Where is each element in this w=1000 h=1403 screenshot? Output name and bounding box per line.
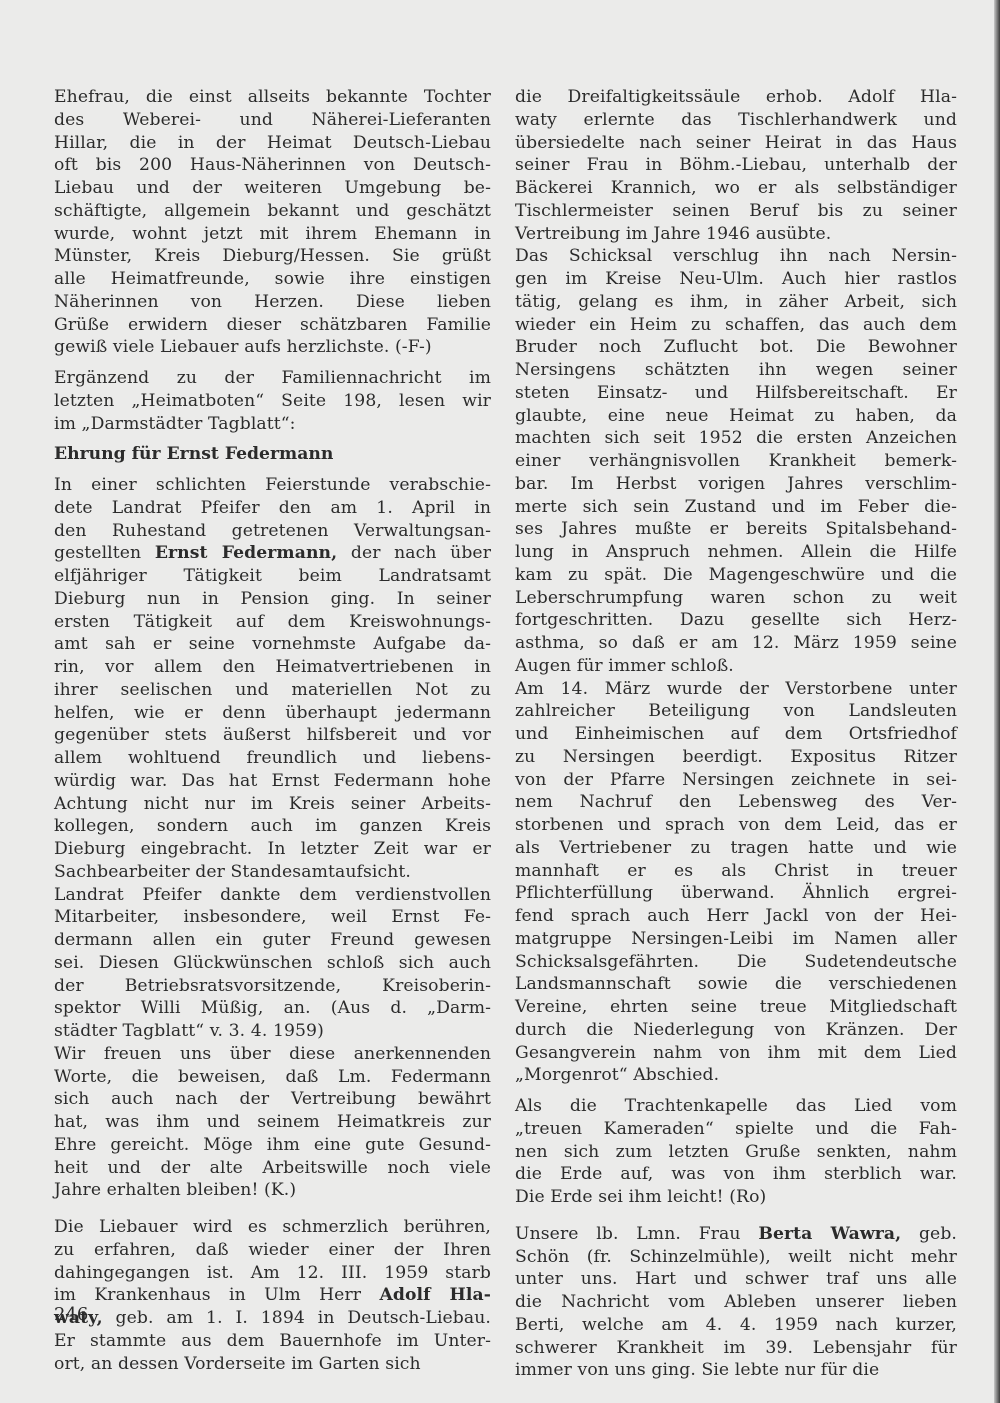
bold-name: Ernst Federmann, (155, 543, 337, 563)
text-line: asthma, so daß er am 12. März 1959 seine (515, 632, 957, 655)
text-line: Hillar, die in der Heimat Deutsch-Liebau (54, 132, 491, 155)
text-line: Gesangverein nahm von ihm mit dem Lied (515, 1042, 957, 1065)
text-line: Berti, welche am 4. 4. 1959 nach kurzer, (515, 1314, 957, 1337)
paragraph: In einer schlichten Feierstunde verabsch… (54, 474, 491, 884)
paragraph-gap (54, 1202, 491, 1216)
text-line: lung in Anspruch nehmen. Allein die Hilf… (515, 541, 957, 564)
text-line: Mitarbeiter, insbesondere, weil Ernst Fe… (54, 906, 491, 929)
text-line: schäftigte, allgemein bekannt und geschä… (54, 200, 491, 223)
bold-name: Berta Wawra, (758, 1224, 901, 1244)
text-line: fortgeschritten. Dazu gesellte sich Herz… (515, 609, 957, 632)
text-line: als Vertriebener zu tragen hatte und wie (515, 837, 957, 860)
text-line: bar. Im Herbst vorigen Jahres verschlim- (515, 473, 957, 496)
bold-name: Adolf Hla- (379, 1285, 491, 1305)
paragraph-gap (515, 1087, 957, 1095)
text-line: dermann allen ein guter Freund gewesen (54, 929, 491, 952)
text-line: „Morgenrot“ Abschied. (515, 1064, 957, 1087)
text-line: Wir freuen uns über diese anerkennenden (54, 1043, 491, 1066)
text-line: helfen, wie er denn überhaupt jedermann (54, 702, 491, 725)
text-line: Näherinnen von Herzen. Diese lieben (54, 291, 491, 314)
text-line: alle Heimatfreunde, sowie ihre einstigen (54, 268, 491, 291)
text-line: steten Einsatz- und Hilfsbereitschaft. E… (515, 382, 957, 405)
text-line: Dieburg eingebracht. In letzter Zeit war… (54, 838, 491, 861)
paragraph-gap (54, 359, 491, 367)
paragraph: Landrat Pfeifer dankte dem verdienstvoll… (54, 884, 491, 1043)
text-line: Münster, Kreis Dieburg/Hessen. Sie grüßt (54, 245, 491, 268)
section-heading: Ehrung für Ernst Federmann (54, 443, 491, 466)
text-line: oft bis 200 Haus-Näherinnen von Deutsch- (54, 154, 491, 177)
text-line: Bruder noch Zuflucht bot. Die Bewohner (515, 336, 957, 359)
paragraph: Das Schicksal verschlug ihn nach Nersin-… (515, 245, 957, 677)
paragraph: die Dreifaltigkeitssäule erhob. Adolf Hl… (515, 86, 957, 245)
text-line: Nersingens schätzten ihn wegen seiner (515, 359, 957, 382)
text-line: merte sich sein Zustand und im Feber die… (515, 496, 957, 519)
text-line: „treuen Kameraden“ spielte und die Fah- (515, 1118, 957, 1141)
text-line: gestellten Ernst Federmann, der nach übe… (54, 542, 491, 565)
text-line: Als die Trachtenkapelle das Lied vom (515, 1095, 957, 1118)
text-line: Worte, die beweisen, daß Lm. Federmann (54, 1066, 491, 1089)
text-line: seiner Frau in Böhm.-Liebau, unterhalb d… (515, 154, 957, 177)
text-line: spektor Willi Müßig, an. (Aus d. „Darm- (54, 997, 491, 1020)
text-line: die Nachricht vom Ableben unserer lieben (515, 1291, 957, 1314)
text-line: ses Jahres mußte er bereits Spitalsbehan… (515, 518, 957, 541)
text-line: einer verhängnisvollen Krankheit bemerk- (515, 450, 957, 473)
text-line: glaubte, eine neue Heimat zu haben, da (515, 405, 957, 428)
text-line: dahingegangen ist. Am 12. III. 1959 star… (54, 1262, 491, 1285)
text-line: Ehefrau, die einst allseits bekannte Toc… (54, 86, 491, 109)
text-line: des Weberei- und Näherei-Lieferanten (54, 109, 491, 132)
text-line: im Krankenhaus in Ulm Herr Adolf Hla- (54, 1284, 491, 1307)
text-line: waty, geb. am 1. I. 1894 in Deutsch-Lieb… (54, 1307, 491, 1330)
text-line: amt sah er seine vornehmste Aufgabe da- (54, 633, 491, 656)
text-line: Vertreibung im Jahre 1946 ausübte. (515, 223, 957, 246)
text-line: und Einheimischen auf dem Ortsfriedhof (515, 723, 957, 746)
text-line: dete Landrat Pfeifer den am 1. April in (54, 497, 491, 520)
text-line: städter Tagblatt“ v. 3. 4. 1959) (54, 1020, 491, 1043)
text-line: die Dreifaltigkeitssäule erhob. Adolf Hl… (515, 86, 957, 109)
text-line: Sachbearbeiter der Standesamtaufsicht. (54, 861, 491, 884)
paragraph: Ergänzend zu der Familiennachricht imlet… (54, 367, 491, 435)
text-line: sich auch nach der Vertreibung bewährt (54, 1088, 491, 1111)
text-line: sei. Diesen Glückwünschen schloß sich au… (54, 952, 491, 975)
text-line: Achtung nicht nur im Kreis seiner Arbeit… (54, 793, 491, 816)
text-line: hat, was ihm und seinem Heimatkreis zur (54, 1111, 491, 1134)
left-column: Ehefrau, die einst allseits bekannte Toc… (54, 86, 491, 1375)
text-line: die Erde auf, was von ihm sterblich war. (515, 1163, 957, 1186)
text-line: Das Schicksal verschlug ihn nach Nersin- (515, 245, 957, 268)
text-line: unter uns. Hart und schwer traf uns alle (515, 1268, 957, 1291)
page-edge-shadow (994, 0, 1000, 1403)
text-line: elfjähriger Tätigkeit beim Landratsamt (54, 565, 491, 588)
text-line: Bäckerei Krannich, wo er als selbständig… (515, 177, 957, 200)
right-column: die Dreifaltigkeitssäule erhob. Adolf Hl… (515, 86, 957, 1382)
text-line: übersiedelte nach seiner Heirat in das H… (515, 132, 957, 155)
text-line: machten sich seit 1952 die ersten Anzeic… (515, 427, 957, 450)
paragraph: Am 14. März wurde der Verstorbene unterz… (515, 678, 957, 1088)
text-line: kollegen, sondern auch im ganzen Kreis (54, 815, 491, 838)
text-line: mannhaft er es als Christ in treuer (515, 860, 957, 883)
text-line: tätig, gelang es ihm, in zäher Arbeit, s… (515, 291, 957, 314)
text-line: Landsmannschaft sowie die verschiedenen (515, 973, 957, 996)
text-line: ersten Tätigkeit auf dem Kreiswohnungs- (54, 611, 491, 634)
text-line: nem Nachruf den Lebensweg des Ver- (515, 791, 957, 814)
text-line: Er stammte aus dem Bauernhofe im Unter- (54, 1330, 491, 1353)
text-line: Am 14. März wurde der Verstorbene unter (515, 678, 957, 701)
text-line: zahlreicher Beteiligung von Landsleuten (515, 700, 957, 723)
text-line: Landrat Pfeifer dankte dem verdienstvoll… (54, 884, 491, 907)
text-line: Die Liebauer wird es schmerzlich berühre… (54, 1216, 491, 1239)
text-line: Schön (fr. Schinzelmühle), weilt nicht m… (515, 1246, 957, 1269)
paragraph: Wir freuen uns über diese anerkennendenW… (54, 1043, 491, 1202)
text-line: von der Pfarre Nersingen zeichnete in se… (515, 769, 957, 792)
text-line: Dieburg nun in Pension ging. In seiner (54, 588, 491, 611)
text-line: rin, vor allem den Heimatvertriebenen in (54, 656, 491, 679)
text-line: matgruppe Nersingen-Leibi im Namen aller (515, 928, 957, 951)
text-line: schwerer Krankheit im 39. Lebensjahr für (515, 1337, 957, 1360)
text-line: Augen für immer schloß. (515, 655, 957, 678)
text-line: waty erlernte das Tischlerhandwerk und (515, 109, 957, 132)
text-line: zu erfahren, daß wieder einer der Ihren (54, 1239, 491, 1262)
text-line: ihrer seelischen und materiellen Not zu (54, 679, 491, 702)
text-line: Leberschrumpfung waren schon zu weit (515, 587, 957, 610)
paragraph: Ehefrau, die einst allseits bekannte Toc… (54, 86, 491, 359)
text-line: gewiß viele Liebauer aufs herzlichste. (… (54, 336, 491, 359)
text-line: Tischlermeister seinen Beruf bis zu sein… (515, 200, 957, 223)
text-line: In einer schlichten Feierstunde verabsch… (54, 474, 491, 497)
text-line: der Betriebsratsvorsitzende, Kreisoberin… (54, 975, 491, 998)
text-line: wurde, wohnt jetzt mit ihrem Ehemann in (54, 223, 491, 246)
text-line: Pflichterfüllung überwand. Ähnlich ergre… (515, 882, 957, 905)
text-line: allem wohltuend freundlich und liebens- (54, 747, 491, 770)
text-line: würdig war. Das hat Ernst Federmann hohe (54, 770, 491, 793)
text-line: storbenen und sprach von dem Leid, das e… (515, 814, 957, 837)
text-line: den Ruhestand getretenen Verwaltungsan- (54, 520, 491, 543)
text-line: gegenüber stets äußerst hilfsbereit und … (54, 724, 491, 747)
page-number: 246 (54, 1304, 88, 1325)
paragraph-gap (54, 466, 491, 474)
paragraph: Unsere lb. Lmn. Frau Berta Wawra, geb.Sc… (515, 1223, 957, 1382)
text-line: ort, an dessen Vorderseite im Garten sic… (54, 1353, 491, 1376)
text-line: Die Erde sei ihm leicht! (Ro) (515, 1186, 957, 1209)
text-line: durch die Niederlegung von Kränzen. Der (515, 1019, 957, 1042)
text-line: immer von uns ging. Sie lebte nur für di… (515, 1359, 957, 1382)
text-line: letzten „Heimatboten“ Seite 198, lesen w… (54, 390, 491, 413)
text-line: Vereine, ehrten seine treue Mitgliedscha… (515, 996, 957, 1019)
text-line: heit und der alte Arbeitswille noch viel… (54, 1157, 491, 1180)
text-line: Unsere lb. Lmn. Frau Berta Wawra, geb. (515, 1223, 957, 1246)
paragraph: Als die Trachtenkapelle das Lied vom„tre… (515, 1095, 957, 1209)
text-line: im „Darmstädter Tagblatt“: (54, 413, 491, 436)
text-line: Ergänzend zu der Familiennachricht im (54, 367, 491, 390)
text-line: Grüße erwidern dieser schätzbaren Famili… (54, 314, 491, 337)
text-line: Ehre gereicht. Möge ihm eine gute Gesund… (54, 1134, 491, 1157)
text-line: Schicksalsgefährten. Die Sudetendeutsche (515, 951, 957, 974)
text-line: fend sprach auch Herr Jackl von der Hei- (515, 905, 957, 928)
paragraph-gap (54, 435, 491, 443)
paragraph-gap (515, 1209, 957, 1223)
text-line: wieder ein Heim zu schaffen, das auch de… (515, 314, 957, 337)
text-line: kam zu spät. Die Magengeschwüre und die (515, 564, 957, 587)
text-line: zu Nersingen beerdigt. Expositus Ritzer (515, 746, 957, 769)
text-line: nen sich zum letzten Gruße senkten, nahm (515, 1141, 957, 1164)
text-line: Jahre erhalten bleiben! (K.) (54, 1179, 491, 1202)
text-line: Liebau und der weiteren Umgebung be- (54, 177, 491, 200)
paragraph: Die Liebauer wird es schmerzlich berühre… (54, 1216, 491, 1375)
text-line: gen im Kreise Neu-Ulm. Auch hier rastlos (515, 268, 957, 291)
